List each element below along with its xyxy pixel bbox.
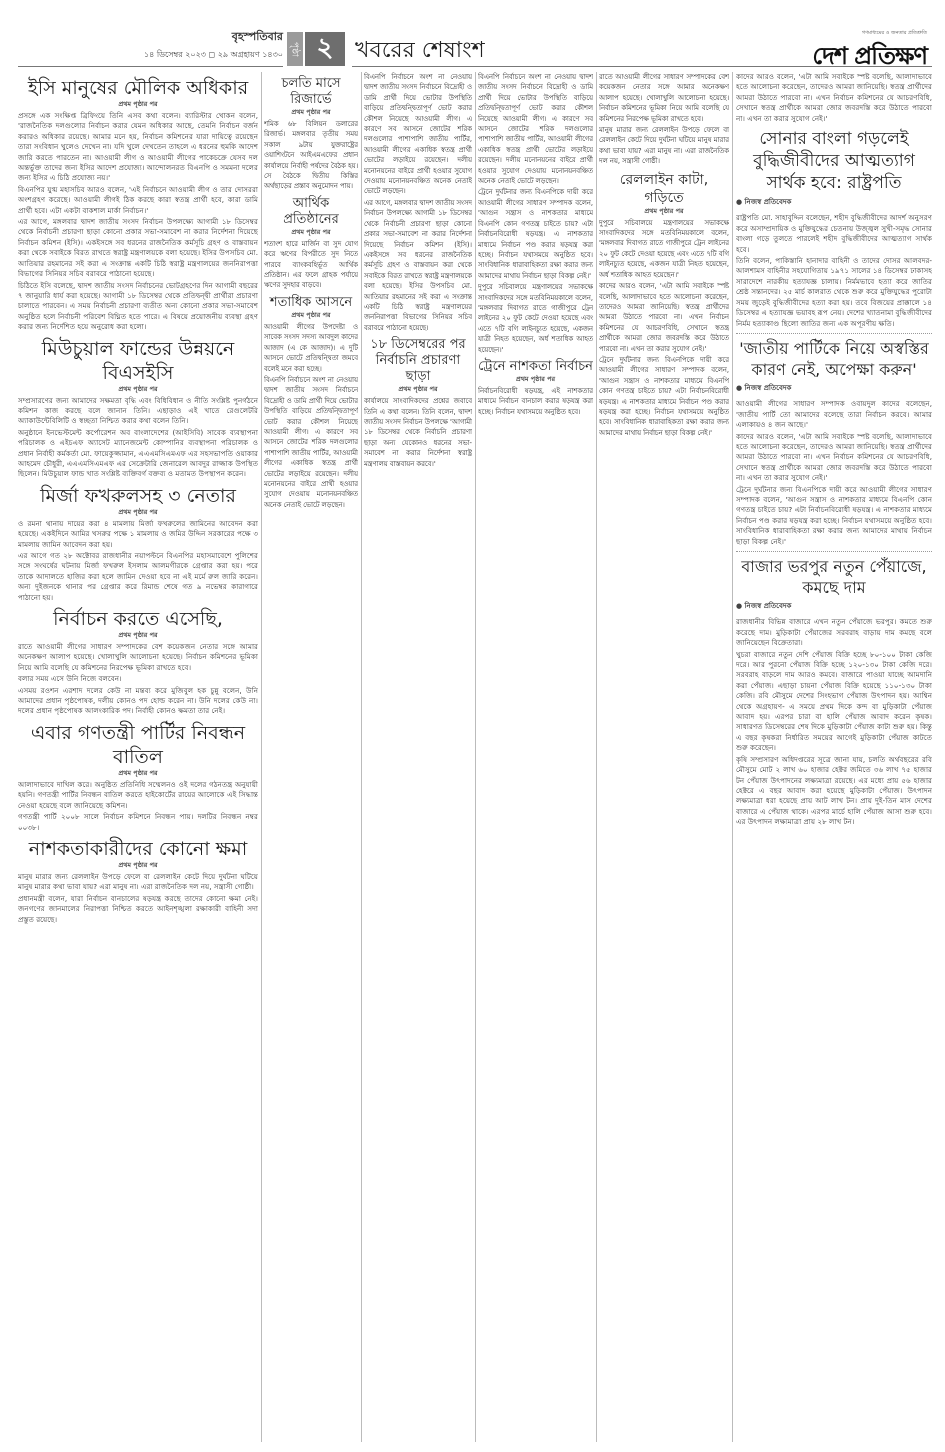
byline: ● নিজস্ব প্রতিবেদক bbox=[736, 601, 932, 611]
article-paragraph: রাষ্ট্রপতি মো. সাহাবুদ্দিন বলেছেন, শহীদ … bbox=[736, 213, 932, 255]
column-divider bbox=[475, 72, 476, 1442]
article-paragraph: প্রসঙ্গে এক সংক্ষিপ্ত ব্রিফিংয়ে তিনি এস… bbox=[18, 111, 258, 184]
article: রাতে আওয়ামী লীগের সাধারণ সম্পাদকের বেশ … bbox=[599, 72, 729, 167]
continued-label: প্রথম পৃষ্ঠার পর bbox=[18, 385, 258, 394]
article-headline: সোনার বাংলা গড়লেই বুদ্ধিজীবীদের আত্মত্য… bbox=[736, 128, 932, 194]
article-headline: ১৮ ডিসেম্বরের পর নির্বাচনি প্রচারণা ছাড়… bbox=[364, 337, 472, 385]
article: বাজার ভরপুর নতুন পেঁয়াজে, কমছে দাম ● নি… bbox=[736, 556, 932, 828]
article-paragraph: এর আগে, মঙ্গলবার দ্বাদশ জাতীয় সংসদ নির্… bbox=[18, 217, 258, 279]
article-paragraph: বিএনপি নির্বাচনে অংশ না নেওয়ায় দ্বাদশ … bbox=[364, 72, 472, 197]
article-paragraph: দুপুরে সচিবালয়ে মন্ত্রণালয়ের সভাকক্ষে … bbox=[599, 218, 729, 280]
issue-day: বৃহস্পতিবার bbox=[144, 28, 283, 47]
page-label: পৃষ্ঠা bbox=[287, 32, 303, 66]
article: রেললাইন কাটা, গড়িতে প্রথম পৃষ্ঠার পর দু… bbox=[599, 171, 729, 439]
article-headline: শতাধিক আসনে bbox=[264, 295, 358, 311]
article-paragraph: ট্রেনে দুর্ঘটনার জন্য বিএনপিকে দায়ী করে… bbox=[599, 355, 729, 438]
section-divider bbox=[736, 333, 932, 334]
article-paragraph: দুপুরে সচিবালয়ে মন্ত্রণালয়ের সভাকক্ষে … bbox=[478, 282, 593, 355]
issue-date-block: বৃহস্পতিবার ১৪ ডিসেম্বর ২০২৩ ◻ ২৯ অগ্রহা… bbox=[144, 28, 283, 62]
article-paragraph: রাতে আওয়ামী লীগের সাধারণ সম্পাদকের বেশ … bbox=[18, 642, 258, 673]
article-paragraph: মানুষ মারার জন্য রেললাইন উপড়ে ফেলে বা র… bbox=[18, 872, 258, 893]
article-paragraph: কৃষি সম্প্রসারণ অধিদপ্তরের সূত্রে জানা য… bbox=[736, 755, 932, 828]
article-paragraph: কাদের আরও বলেন, 'এটা আমি সবাইকে স্পষ্ট ব… bbox=[599, 281, 729, 354]
article-paragraph: গণতন্ত্রী পার্টি ২০০৮ সালে নির্বাচন কমিশ… bbox=[18, 812, 258, 833]
continued-label: প্রথম পৃষ্ঠার পর bbox=[18, 508, 258, 517]
article-paragraph: চিঠিতে ইসি বলেছে, দ্বাদশ জাতীয় সংসদ নির… bbox=[18, 281, 258, 333]
masthead-rule bbox=[18, 66, 283, 67]
article: বিএনপি নির্বাচনে অংশ না নেওয়ায় দ্বাদশ … bbox=[478, 72, 593, 355]
continued-label: প্রথম পৃষ্ঠার পর bbox=[18, 631, 258, 640]
article-paragraph: কাদের আরও বলেন, 'এটা আমি সবাইকে স্পষ্ট ব… bbox=[736, 72, 932, 124]
article-paragraph: খুচরা বাজারে নতুন দেশি পেঁয়াজ বিক্রি হচ… bbox=[736, 650, 932, 754]
column-divider bbox=[596, 72, 597, 1442]
continued-label: প্রথম পৃষ্ঠার পর bbox=[478, 375, 593, 384]
article-paragraph: রাতে আওয়ামী লীগের সাধারণ সম্পাদকের বেশ … bbox=[599, 72, 729, 124]
article-headline: ইসি মানুষের মৌলিক অধিকার bbox=[18, 76, 258, 100]
article-paragraph: এর আগে গত ২৮ অক্টোবর রাজধানীর নয়াপল্টনে… bbox=[18, 551, 258, 603]
article-headline: বাজার ভরপুর নতুন পেঁয়াজে, কমছে দাম bbox=[736, 556, 932, 598]
page-number: ২ bbox=[305, 32, 345, 66]
article: নাশকতাকারীদের কোনো ক্ষমা প্রথম পৃষ্ঠার প… bbox=[18, 837, 258, 925]
article: নির্বাচন করতে এসেছি, প্রথম পৃষ্ঠার পর রা… bbox=[18, 607, 258, 717]
article: সোনার বাংলা গড়লেই বুদ্ধিজীবীদের আত্মত্য… bbox=[736, 128, 932, 329]
article-headline: আর্থিক প্রতিষ্ঠানের bbox=[264, 196, 358, 228]
column-middle-left: বিএনপি নির্বাচনে অংশ না নেওয়ায় দ্বাদশ … bbox=[364, 72, 472, 1447]
article-paragraph: শমিক ৬৮ বিলিয়ন ডলারের রিজার্ভ। মঙ্গলবার… bbox=[264, 119, 358, 192]
article-headline: নাশকতাকারীদের কোনো ক্ষমা bbox=[18, 837, 258, 861]
continued-label: প্রথম পৃষ্ঠার পর bbox=[18, 861, 258, 870]
article-paragraph: আওয়ামী লীগের সাধারণ সম্পাদক ওবায়দুল কা… bbox=[736, 399, 932, 430]
article-paragraph: ট্রেনে দুর্ঘটনার জন্য বিএনপিকে দায়ী করে… bbox=[478, 187, 593, 281]
masthead: বৃহস্পতিবার ১৪ ডিসেম্বর ২০২৩ ◻ ২৯ অগ্রহা… bbox=[0, 0, 945, 68]
article: বিএনপি নির্বাচনে অংশ না নেওয়ায় দ্বাদশ … bbox=[364, 72, 472, 333]
article-paragraph: বিএনপির যুগ্ম মহাসচিব আরও বলেন, 'এই নির্… bbox=[18, 185, 258, 216]
byline-text: নিজস্ব প্রতিবেদক bbox=[745, 384, 792, 392]
article-headline: 'জাতীয় পার্টিকে নিয়ে অস্বস্তির কারণ নে… bbox=[736, 338, 932, 380]
article-paragraph: শতাংশ হারে মার্জিন বা সুদ যোগ করে ঋণের ব… bbox=[264, 239, 358, 291]
column-narrow: চলতি মাসে রিজার্ভে প্রথম পৃষ্ঠার পর শমিক… bbox=[264, 72, 358, 1447]
article-paragraph: বলার সময় এসে উনি নিজে বলবেন। bbox=[18, 674, 258, 684]
article: 'জাতীয় পার্টিকে নিয়ে অস্বস্তির কারণ নে… bbox=[736, 338, 932, 547]
article: মিউচুয়াল ফান্ডের উন্নয়নে বিএসইসি প্রথম… bbox=[18, 337, 258, 480]
article-paragraph: ও রমনা থানায় দায়ের করা ৪ মামলায় মির্জ… bbox=[18, 519, 258, 550]
article-paragraph: কার্যালয়ে সাংবাদিকদের প্রশ্নের জবাবে তি… bbox=[364, 396, 472, 469]
article: ১৮ ডিসেম্বরের পর নির্বাচনি প্রচারণা ছাড়… bbox=[364, 337, 472, 469]
column-divider bbox=[261, 72, 262, 1442]
byline-text: নিজস্ব প্রতিবেদক bbox=[745, 198, 792, 206]
article-paragraph: এর আগে, মঙ্গলবার দ্বাদশ জাতীয় সংসদ নির্… bbox=[364, 198, 472, 333]
column-middle: বিএনপি নির্বাচনে অংশ না নেওয়ায় দ্বাদশ … bbox=[478, 72, 593, 1447]
column-left: ইসি মানুষের মৌলিক অধিকার প্রথম পৃষ্ঠার প… bbox=[18, 72, 258, 1447]
byline-text: নিজস্ব প্রতিবেদক bbox=[745, 602, 792, 610]
article-headline: চলতি মাসে রিজার্ভে bbox=[264, 76, 358, 108]
continued-label: প্রথম পৃষ্ঠার পর bbox=[599, 207, 729, 216]
article-paragraph: রাজধানীর বিভিন্ন বাজারে এখন নতুন পেঁয়াজ… bbox=[736, 617, 932, 648]
section-title: খবরের শেষাংশ bbox=[355, 33, 485, 70]
article-paragraph: বিএনপি নির্বাচনে অংশ না নেওয়ায় দ্বাদশ … bbox=[264, 375, 358, 510]
section-divider bbox=[736, 551, 932, 552]
article: কাদের আরও বলেন, 'এটা আমি সবাইকে স্পষ্ট ব… bbox=[736, 72, 932, 124]
article: এবার গণতন্ত্রী পার্টির নিবন্ধন বাতিল প্র… bbox=[18, 721, 258, 833]
byline: ● নিজস্ব প্রতিবেদক bbox=[736, 383, 932, 393]
article-headline: মির্জা ফখরুলসহ ৩ নেতার bbox=[18, 484, 258, 508]
continued-label: প্রথম পৃষ্ঠার পর bbox=[18, 100, 258, 109]
article-headline: নির্বাচন করতে এসেছি, bbox=[18, 607, 258, 631]
logo-tagline: গণমাধ্যমের ও জনতার প্রতিশ্রুতি bbox=[812, 30, 927, 38]
continued-label: প্রথম পৃষ্ঠার পর bbox=[264, 228, 358, 237]
byline: ● নিজস্ব প্রতিবেদক bbox=[736, 197, 932, 207]
article-paragraph: ট্রেনে দুর্ঘটনার জন্য বিএনপিকে দায়ী করে… bbox=[736, 485, 932, 547]
article-paragraph: আওয়ামী লীগের উপদেষ্টা ও সাবেক সংসদ সদস্… bbox=[264, 322, 358, 374]
article-paragraph: সম্প্রসারণের জন্য আমাদের সক্ষমতা বৃদ্ধি … bbox=[18, 396, 258, 427]
newspaper-logo: গণমাধ্যমের ও জনতার প্রতিশ্রুতি দেশ প্রতি… bbox=[812, 30, 927, 78]
article-paragraph: অনুষ্ঠানে ইনভেস্টমেন্ট কর্পোরেশন অব বাংল… bbox=[18, 428, 258, 480]
article-paragraph: আলাদাভাবে দাখিল করে। অনুষ্ঠিত প্রতিনিধি … bbox=[18, 780, 258, 811]
continued-label: প্রথম পৃষ্ঠার পর bbox=[264, 108, 358, 117]
issue-date: ১৪ ডিসেম্বর ২০২৩ ◻ ২৯ অগ্রহায়ণ ১৪৩০ bbox=[144, 49, 283, 62]
article: শতাধিক আসনে প্রথম পৃষ্ঠার পর আওয়ামী লীগ… bbox=[264, 295, 358, 510]
column-middle-right: রাতে আওয়ামী লীগের সাধারণ সম্পাদকের বেশ … bbox=[599, 72, 729, 1447]
continued-label: প্রথম পৃষ্ঠার পর bbox=[364, 385, 472, 394]
article-paragraph: বিএনপি নির্বাচনে অংশ না নেওয়ায় দ্বাদশ … bbox=[478, 72, 593, 186]
article: আর্থিক প্রতিষ্ঠানের প্রথম পৃষ্ঠার পর শতা… bbox=[264, 196, 358, 291]
article-paragraph: মানুষ মারার জন্য রেললাইন উপড়ে ফেলে বা র… bbox=[599, 125, 729, 167]
article: মির্জা ফখরুলসহ ৩ নেতার প্রথম পৃষ্ঠার পর … bbox=[18, 484, 258, 603]
article-headline: মিউচুয়াল ফান্ডের উন্নয়নে বিএসইসি bbox=[18, 337, 258, 385]
article-paragraph: এসময় রওশন এরশাদ দলের কেউ না মন্তব্য করে… bbox=[18, 686, 258, 717]
continued-label: প্রথম পৃষ্ঠার পর bbox=[264, 311, 358, 320]
article-paragraph: কাদের আরও বলেন, 'এটা আমি সবাইকে স্পষ্ট ব… bbox=[736, 432, 932, 484]
column-right: কাদের আরও বলেন, 'এটা আমি সবাইকে স্পষ্ট ব… bbox=[736, 72, 932, 1447]
column-divider bbox=[361, 72, 362, 1442]
column-divider bbox=[732, 72, 733, 1442]
article: চলতি মাসে রিজার্ভে প্রথম পৃষ্ঠার পর শমিক… bbox=[264, 76, 358, 192]
article-headline: রেললাইন কাটা, গড়িতে bbox=[599, 171, 729, 207]
article-headline: ট্রেনে নাশকতা নির্বাচন bbox=[478, 359, 593, 375]
article: ট্রেনে নাশকতা নির্বাচন প্রথম পৃষ্ঠার পর … bbox=[478, 359, 593, 417]
article: ইসি মানুষের মৌলিক অধিকার প্রথম পৃষ্ঠার প… bbox=[18, 76, 258, 333]
article-paragraph: তিনি বলেন, পাকিস্তানি হানাদার বাহিনী ও ত… bbox=[736, 256, 932, 329]
article-paragraph: প্রধানমন্ত্রী বলেন, যারা নির্বাচন বানচাল… bbox=[18, 894, 258, 925]
article-headline: এবার গণতন্ত্রী পার্টির নিবন্ধন বাতিল bbox=[18, 721, 258, 769]
article-paragraph: নির্বাচনবিরোধী ষড়যন্ত্র, এই নাশকতার মাধ… bbox=[478, 386, 593, 417]
continued-label: প্রথম পৃষ্ঠার পর bbox=[18, 769, 258, 778]
